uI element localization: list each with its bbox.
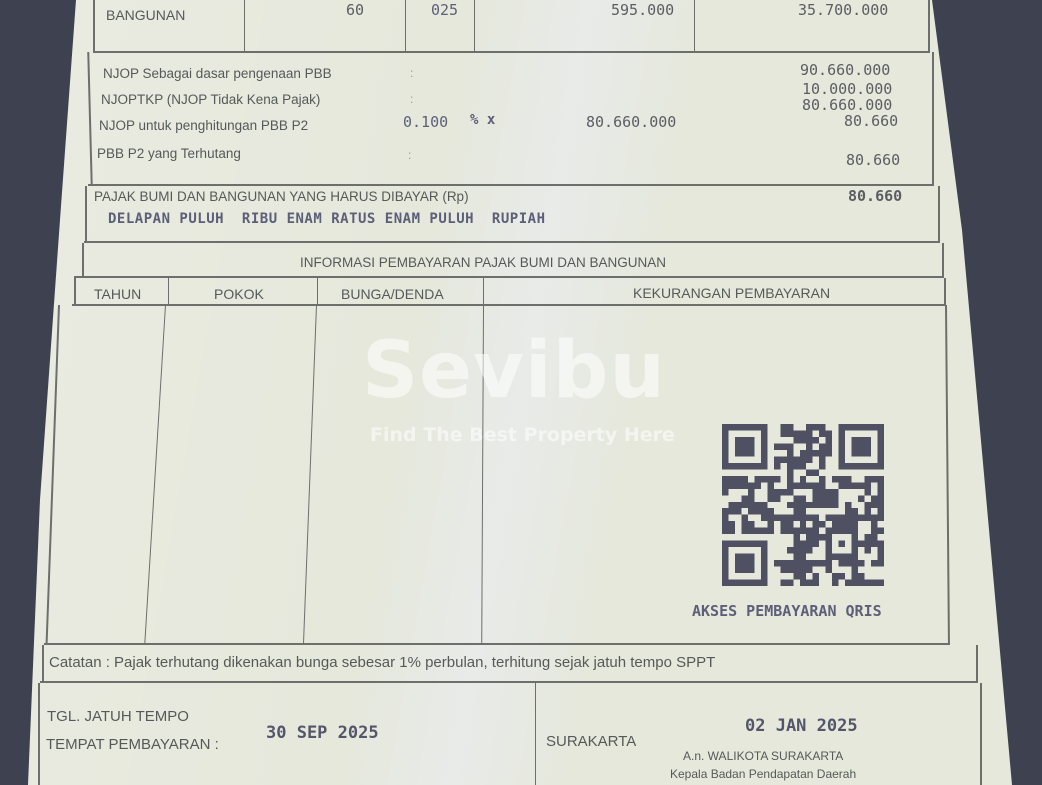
column-header-year: TAHUN [94,286,141,302]
border [244,0,245,52]
tax-base: 80.660.000 [586,113,676,131]
border [317,278,318,305]
border [928,0,930,52]
border [405,0,406,52]
border [42,645,44,683]
border [88,184,934,186]
border [38,683,40,785]
separator: : [410,66,413,80]
border [72,304,946,306]
building-price-per-m2: 595.000 [611,1,674,19]
tax-rate: 0.100 [403,113,448,131]
building-area: 60 [346,1,364,19]
border [483,278,484,305]
building-class: 025 [431,1,458,19]
qris-label: AKSES PEMBAYARAN QRIS [692,602,882,620]
border [44,643,950,645]
border [82,243,84,278]
signer-line-1: A.n. WALIKOTA SURAKARTA [683,749,843,763]
separator: : [408,148,411,162]
column-header-interest: BUNGA/DENDA [341,286,444,302]
watermark-title: Sevibu [362,326,666,416]
border [944,278,946,305]
total-due-words: DELAPAN PULUH RIBU ENAM RATUS ENAM PULUH… [108,211,546,227]
border [168,278,169,305]
border [93,51,930,53]
border [694,0,695,52]
due-date-value: 30 SEP 2025 [266,723,379,743]
building-total: 35.700.000 [798,1,888,19]
total-due-value: 80.660 [848,187,902,205]
qris-qr-code[interactable] [722,424,884,586]
total-due-label: PAJAK BUMI DAN BANGUNAN YANG HARUS DIBAY… [94,189,469,204]
border [932,52,934,186]
column-header-shortfall: KEKURANGAN PEMBAYARAN [633,285,830,301]
due-date-label: TGL. JATUH TEMPO [47,708,189,725]
pbb-calc-value: 80.660 [844,112,898,130]
calc-label-njoptkp: NJOPTKP (NJOP Tidak Kena Pajak) [101,92,320,107]
calc-label-pbb-due: PBB P2 yang Terhutang [97,146,241,161]
border [942,243,944,278]
border [84,241,940,243]
border [535,683,536,785]
pbb-due-value: 80.660 [846,151,900,169]
border [980,683,982,785]
signer-line-2: Kepala Badan Pendapatan Daerah [670,767,856,781]
column-header-principal: POKOK [214,286,264,302]
border [938,186,940,242]
calc-label-njop-base: NJOP Sebagai dasar pengenaan PBB [103,66,332,81]
border [474,0,475,52]
tax-rate-suffix: % x [470,112,495,128]
border [40,681,978,683]
watermark-subtitle: Find The Best Property Here [370,424,675,446]
payment-info-title: INFORMASI PEMBAYARAN PAJAK BUMI DAN BANG… [300,255,666,270]
border [976,645,978,683]
calc-label-njop-calc: NJOP untuk penghitungan PBB P2 [99,118,308,133]
payment-place-label: TEMPAT PEMBAYARAN : [46,736,219,753]
border [74,276,944,278]
issue-city: SURAKARTA [546,733,636,750]
issue-date: 02 JAN 2025 [745,716,858,736]
border [85,186,87,242]
border [74,278,76,305]
border [93,0,95,52]
separator: : [410,92,413,106]
interest-note: Catatan : Pajak terhutang dikenakan bung… [49,654,715,671]
building-label: BANGUNAN [106,7,185,23]
njop-base-value: 90.660.000 [800,61,890,79]
